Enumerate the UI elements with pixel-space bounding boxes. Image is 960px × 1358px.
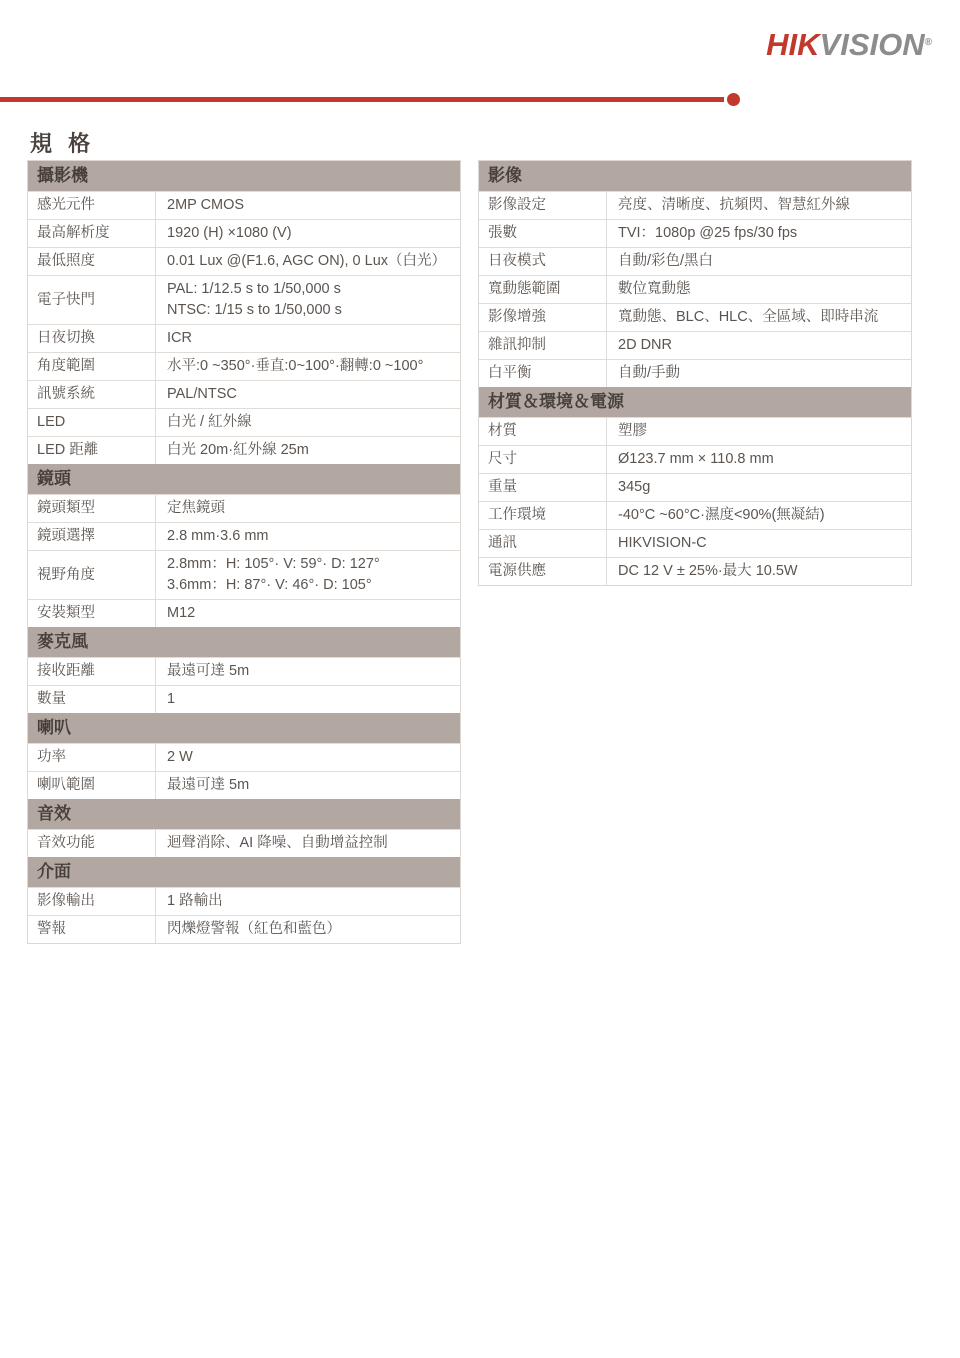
table-row: 白平衡自動/手動 — [479, 359, 911, 387]
spec-label: 喇叭範圍 — [28, 772, 156, 799]
table-row: LED 距離白光 20m·紅外線 25m — [28, 436, 460, 464]
spec-label: 訊號系統 — [28, 381, 156, 408]
section-header-audio: 音效 — [28, 799, 460, 829]
spec-value: 1 路輸出 — [156, 888, 460, 915]
spec-value: 定焦鏡頭 — [156, 495, 460, 522]
spec-value: PAL: 1/12.5 s to 1/50,000 s NTSC: 1/15 s… — [156, 276, 460, 324]
table-row: 鏡頭選擇2.8 mm·3.6 mm — [28, 522, 460, 550]
table-row: 警報閃爍燈警報（紅色和藍色） — [28, 915, 460, 943]
logo-vision-text: VISION — [820, 27, 925, 62]
spec-label: 警報 — [28, 916, 156, 943]
spec-value: Ø123.7 mm × 110.8 mm — [607, 446, 911, 473]
spec-label: LED 距離 — [28, 437, 156, 464]
spec-value: -40°C ~60°C·濕度<90%(無凝結) — [607, 502, 911, 529]
spec-value: 最遠可達 5m — [156, 658, 460, 685]
spec-label: 電子快門 — [28, 276, 156, 324]
spec-value: 2D DNR — [607, 332, 911, 359]
spec-label: LED — [28, 409, 156, 436]
table-row: 日夜模式自動/彩色/黑白 — [479, 247, 911, 275]
spec-label: 鏡頭選擇 — [28, 523, 156, 550]
spec-label: 寬動態範圍 — [479, 276, 607, 303]
spec-sheet-page: { "brand": { "logo_hik": "HIK", "logo_vi… — [0, 0, 960, 1358]
spec-value: 亮度、清晰度、抗頻閃、智慧紅外線 — [607, 192, 911, 219]
table-row: 安裝類型M12 — [28, 599, 460, 627]
spec-label: 視野角度 — [28, 551, 156, 599]
section-header-camera: 攝影機 — [28, 161, 460, 191]
spec-value: M12 — [156, 600, 460, 627]
table-row: 訊號系統PAL/NTSC — [28, 380, 460, 408]
table-row: 尺寸Ø123.7 mm × 110.8 mm — [479, 445, 911, 473]
spec-value: 迴聲消除、AI 降噪、自動增益控制 — [156, 830, 460, 857]
spec-label: 雜訊抑制 — [479, 332, 607, 359]
spec-value: 閃爍燈警報（紅色和藍色） — [156, 916, 460, 943]
table-row: 寬動態範圍數位寬動態 — [479, 275, 911, 303]
spec-value: 數位寬動態 — [607, 276, 911, 303]
table-row: 影像設定亮度、清晰度、抗頻閃、智慧紅外線 — [479, 191, 911, 219]
spec-label: 重量 — [479, 474, 607, 501]
table-row: 角度範圍水平:0 ~350°·垂直:0~100°·翻轉:0 ~100° — [28, 352, 460, 380]
spec-label: 感光元件 — [28, 192, 156, 219]
spec-value: 自動/手動 — [607, 360, 911, 387]
spec-value: 1 — [156, 686, 460, 713]
spec-label: 安裝類型 — [28, 600, 156, 627]
spec-value: 2 W — [156, 744, 460, 771]
hikvision-logo: HIKVISION® — [766, 28, 932, 62]
spec-value: TVI：1080p @25 fps/30 fps — [607, 220, 911, 247]
spec-label: 數量 — [28, 686, 156, 713]
table-row: 感光元件2MP CMOS — [28, 191, 460, 219]
section-header-microphone: 麥克風 — [28, 627, 460, 657]
spec-label: 影像設定 — [479, 192, 607, 219]
spec-value: ICR — [156, 325, 460, 352]
spec-label: 工作環境 — [479, 502, 607, 529]
spec-value: PAL/NTSC — [156, 381, 460, 408]
spec-label: 材質 — [479, 418, 607, 445]
section-header-speaker: 喇叭 — [28, 713, 460, 743]
spec-label: 功率 — [28, 744, 156, 771]
table-row: LED白光 / 紅外線 — [28, 408, 460, 436]
spec-value: 塑膠 — [607, 418, 911, 445]
spec-label: 尺寸 — [479, 446, 607, 473]
spec-label: 張數 — [479, 220, 607, 247]
spec-value: 寬動態、BLC、HLC、全區域、即時串流 — [607, 304, 911, 331]
table-row: 電源供應DC 12 V ± 25%·最大 10.5W — [479, 557, 911, 585]
spec-value: 0.01 Lux @(F1.6, AGC ON), 0 Lux（白光） — [156, 248, 460, 275]
table-row: 最高解析度1920 (H) ×1080 (V) — [28, 219, 460, 247]
section-header-lens: 鏡頭 — [28, 464, 460, 494]
table-row: 重量345g — [479, 473, 911, 501]
brand-divider-dot-icon — [727, 93, 740, 106]
spec-label: 最高解析度 — [28, 220, 156, 247]
spec-label: 影像輸出 — [28, 888, 156, 915]
table-row: 功率2 W — [28, 743, 460, 771]
spec-value: 自動/彩色/黑白 — [607, 248, 911, 275]
spec-label: 白平衡 — [479, 360, 607, 387]
brand-divider-rule — [0, 97, 724, 102]
section-header-material-environment-power: 材質＆環境＆電源 — [479, 387, 911, 417]
table-row: 音效功能迴聲消除、AI 降噪、自動增益控制 — [28, 829, 460, 857]
spec-label: 通訊 — [479, 530, 607, 557]
spec-label: 接收距離 — [28, 658, 156, 685]
table-row: 接收距離最遠可達 5m — [28, 657, 460, 685]
table-row: 最低照度0.01 Lux @(F1.6, AGC ON), 0 Lux（白光） — [28, 247, 460, 275]
spec-label: 最低照度 — [28, 248, 156, 275]
table-row: 通訊HIKVISION-C — [479, 529, 911, 557]
spec-value: 1920 (H) ×1080 (V) — [156, 220, 460, 247]
table-row: 數量1 — [28, 685, 460, 713]
spec-value: 白光 / 紅外線 — [156, 409, 460, 436]
section-header-image: 影像 — [479, 161, 911, 191]
page-title: 規 格 — [30, 127, 95, 158]
spec-label: 日夜模式 — [479, 248, 607, 275]
spec-label: 日夜切換 — [28, 325, 156, 352]
spec-label: 音效功能 — [28, 830, 156, 857]
spec-label: 鏡頭類型 — [28, 495, 156, 522]
spec-columns: 攝影機 感光元件2MP CMOS 最高解析度1920 (H) ×1080 (V)… — [27, 160, 912, 944]
spec-value: 水平:0 ~350°·垂直:0~100°·翻轉:0 ~100° — [156, 353, 460, 380]
spec-value: DC 12 V ± 25%·最大 10.5W — [607, 558, 911, 585]
logo-hik-text: HIK — [766, 27, 819, 62]
spec-table-left: 攝影機 感光元件2MP CMOS 最高解析度1920 (H) ×1080 (V)… — [27, 160, 461, 944]
table-row: 影像增強寬動態、BLC、HLC、全區域、即時串流 — [479, 303, 911, 331]
registered-trademark-icon: ® — [925, 37, 932, 48]
table-row: 影像輸出1 路輸出 — [28, 887, 460, 915]
table-row: 工作環境-40°C ~60°C·濕度<90%(無凝結) — [479, 501, 911, 529]
spec-value: 白光 20m·紅外線 25m — [156, 437, 460, 464]
table-row: 電子快門PAL: 1/12.5 s to 1/50,000 s NTSC: 1/… — [28, 275, 460, 324]
spec-value: 2MP CMOS — [156, 192, 460, 219]
spec-value: 345g — [607, 474, 911, 501]
spec-value: 2.8 mm·3.6 mm — [156, 523, 460, 550]
table-row: 鏡頭類型定焦鏡頭 — [28, 494, 460, 522]
spec-label: 電源供應 — [479, 558, 607, 585]
table-row: 視野角度2.8mm：H: 105°· V: 59°· D: 127° 3.6mm… — [28, 550, 460, 599]
spec-table-right: 影像 影像設定亮度、清晰度、抗頻閃、智慧紅外線 張數TVI：1080p @25 … — [478, 160, 912, 586]
section-header-interface: 介面 — [28, 857, 460, 887]
spec-label: 角度範圍 — [28, 353, 156, 380]
table-row: 喇叭範圍最遠可達 5m — [28, 771, 460, 799]
table-row: 日夜切換ICR — [28, 324, 460, 352]
spec-value: HIKVISION-C — [607, 530, 911, 557]
table-row: 材質塑膠 — [479, 417, 911, 445]
table-row: 雜訊抑制2D DNR — [479, 331, 911, 359]
spec-label: 影像增強 — [479, 304, 607, 331]
spec-value: 2.8mm：H: 105°· V: 59°· D: 127° 3.6mm：H: … — [156, 551, 460, 599]
spec-value: 最遠可達 5m — [156, 772, 460, 799]
table-row: 張數TVI：1080p @25 fps/30 fps — [479, 219, 911, 247]
